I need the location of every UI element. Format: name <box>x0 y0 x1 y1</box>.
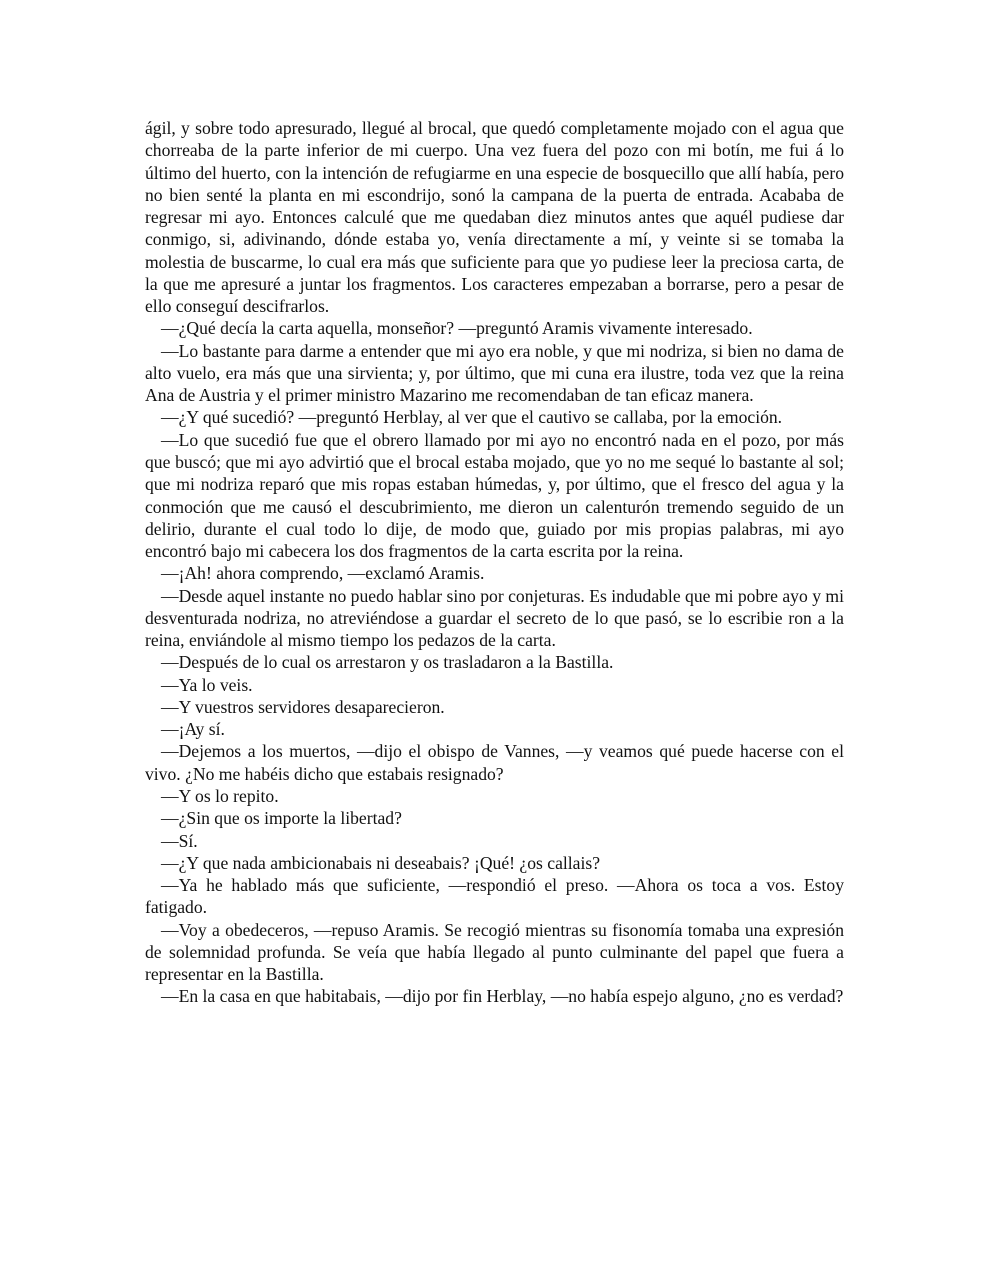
paragraph-dialogue: —¿Y que nada ambicionabais ni deseabais?… <box>145 852 844 874</box>
paragraph-dialogue: —¿Sin que os importe la libertad? <box>145 807 844 829</box>
paragraph-dialogue: —En la casa en que habitabais, —dijo por… <box>145 985 844 1007</box>
paragraph-dialogue: —¿Qué decía la carta aquella, monseñor? … <box>145 317 844 339</box>
paragraph-dialogue: —Y os lo repito. <box>145 785 844 807</box>
paragraph-dialogue: —¡Ah! ahora comprendo, —exclamó Aramis. <box>145 562 844 584</box>
paragraph-dialogue: —Lo que sucedió fue que el obrero llamad… <box>145 429 844 563</box>
paragraph-dialogue: —Lo bastante para darme a entender que m… <box>145 340 844 407</box>
paragraph-dialogue: —Y vuestros servidores desaparecieron. <box>145 696 844 718</box>
paragraph-dialogue: —Ya he hablado más que suficiente, —resp… <box>145 874 844 919</box>
paragraph-dialogue: —Dejemos a los muertos, —dijo el obispo … <box>145 740 844 785</box>
paragraph-dialogue: —Ya lo veis. <box>145 674 844 696</box>
paragraph-dialogue: —Desde aquel instante no puedo hablar si… <box>145 585 844 652</box>
paragraph-dialogue: —Sí. <box>145 830 844 852</box>
document-page: ágil, y sobre todo apresurado, llegué al… <box>145 117 844 1008</box>
paragraph-dialogue: —¡Ay sí. <box>145 718 844 740</box>
paragraph-dialogue: —¿Y qué sucedió? —preguntó Herblay, al v… <box>145 406 844 428</box>
paragraph-dialogue: —Después de lo cual os arrestaron y os t… <box>145 651 844 673</box>
paragraph-continuation: ágil, y sobre todo apresurado, llegué al… <box>145 117 844 317</box>
paragraph-dialogue: —Voy a obedeceros, —repuso Aramis. Se re… <box>145 919 844 986</box>
